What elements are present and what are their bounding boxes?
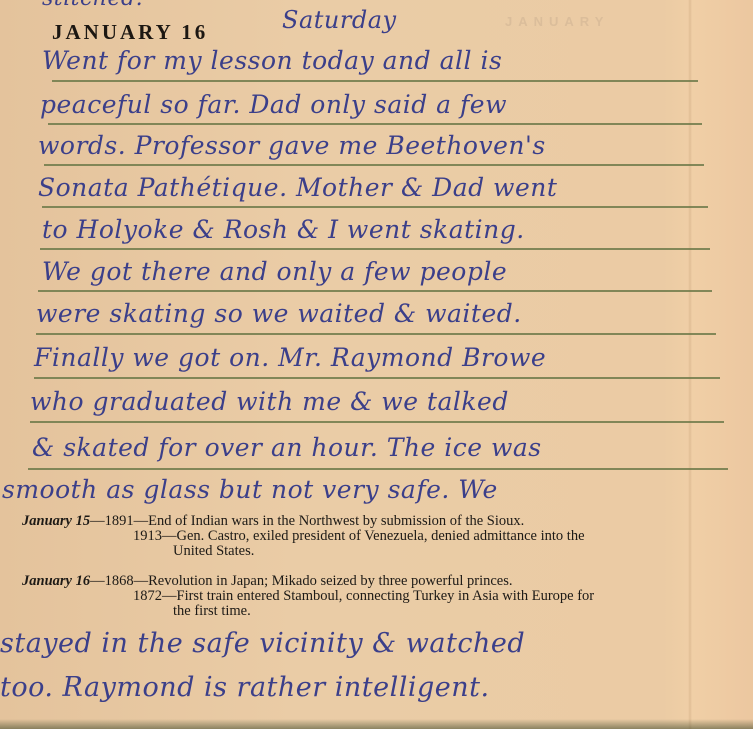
almanac-year: 1891 xyxy=(105,513,134,529)
diary-line: Sonata Pathétique. Mother & Dad went xyxy=(38,173,557,202)
almanac-event-continuation: United States. xyxy=(173,543,254,559)
page-bottom-shadow xyxy=(0,719,753,729)
bleed-through-header: JANUARY xyxy=(505,14,609,29)
diary-page: JANUARY stitched. JANUARY 16 Saturday We… xyxy=(0,0,753,729)
diary-line: We got there and only a few people xyxy=(42,257,507,286)
almanac-year: 1872 xyxy=(133,588,162,604)
page-fold xyxy=(688,0,692,729)
almanac-date: January 16 xyxy=(22,573,90,589)
ruled-line xyxy=(44,164,704,166)
almanac-event-continuation: the first time. xyxy=(173,603,251,619)
diary-line: to Holyoke & Rosh & I went skating. xyxy=(42,215,525,244)
top-fragment: stitched. xyxy=(42,0,143,11)
diary-line: & skated for over an hour. The ice was xyxy=(32,433,542,462)
almanac-date: January 15 xyxy=(22,513,90,529)
almanac-event: First train entered Stamboul, connecting… xyxy=(177,588,595,604)
diary-continuation-line: too. Raymond is rather intelligent. xyxy=(0,672,490,703)
date-heading: JANUARY 16 xyxy=(52,20,208,45)
ruled-line xyxy=(40,248,710,250)
diary-line: Finally we got on. Mr. Raymond Browe xyxy=(34,343,546,372)
almanac-jan-15: January 15—1891—End of Indian wars in th… xyxy=(22,514,585,559)
almanac-event: Revolution in Japan; Mikado seized by th… xyxy=(148,573,512,589)
ruled-line xyxy=(36,333,716,335)
diary-line: were skating so we waited & waited. xyxy=(36,299,522,328)
almanac-event: End of Indian wars in the Northwest by s… xyxy=(148,513,524,529)
ruled-line xyxy=(38,290,712,292)
almanac-year: 1913 xyxy=(133,528,162,544)
almanac-jan-16: January 16—1868—Revolution in Japan; Mik… xyxy=(22,574,594,619)
ruled-line xyxy=(48,123,702,125)
diary-line: smooth as glass but not very safe. We xyxy=(2,475,498,504)
ruled-line xyxy=(30,421,724,423)
diary-line: peaceful so far. Dad only said a few xyxy=(40,90,507,119)
almanac-year: 1868 xyxy=(105,573,134,589)
diary-line: who graduated with me & we talked xyxy=(30,387,509,416)
diary-line: words. Professor gave me Beethoven's xyxy=(38,131,546,160)
ruled-line xyxy=(52,80,698,82)
day-handwritten: Saturday xyxy=(282,6,397,34)
ruled-line xyxy=(34,377,720,379)
diary-continuation-line: stayed in the safe vicinity & watched xyxy=(0,628,525,659)
almanac-event: Gen. Castro, exiled president of Venezue… xyxy=(177,528,585,544)
diary-line: Went for my lesson today and all is xyxy=(42,46,502,75)
ruled-line xyxy=(42,206,708,208)
ruled-line xyxy=(28,468,728,470)
